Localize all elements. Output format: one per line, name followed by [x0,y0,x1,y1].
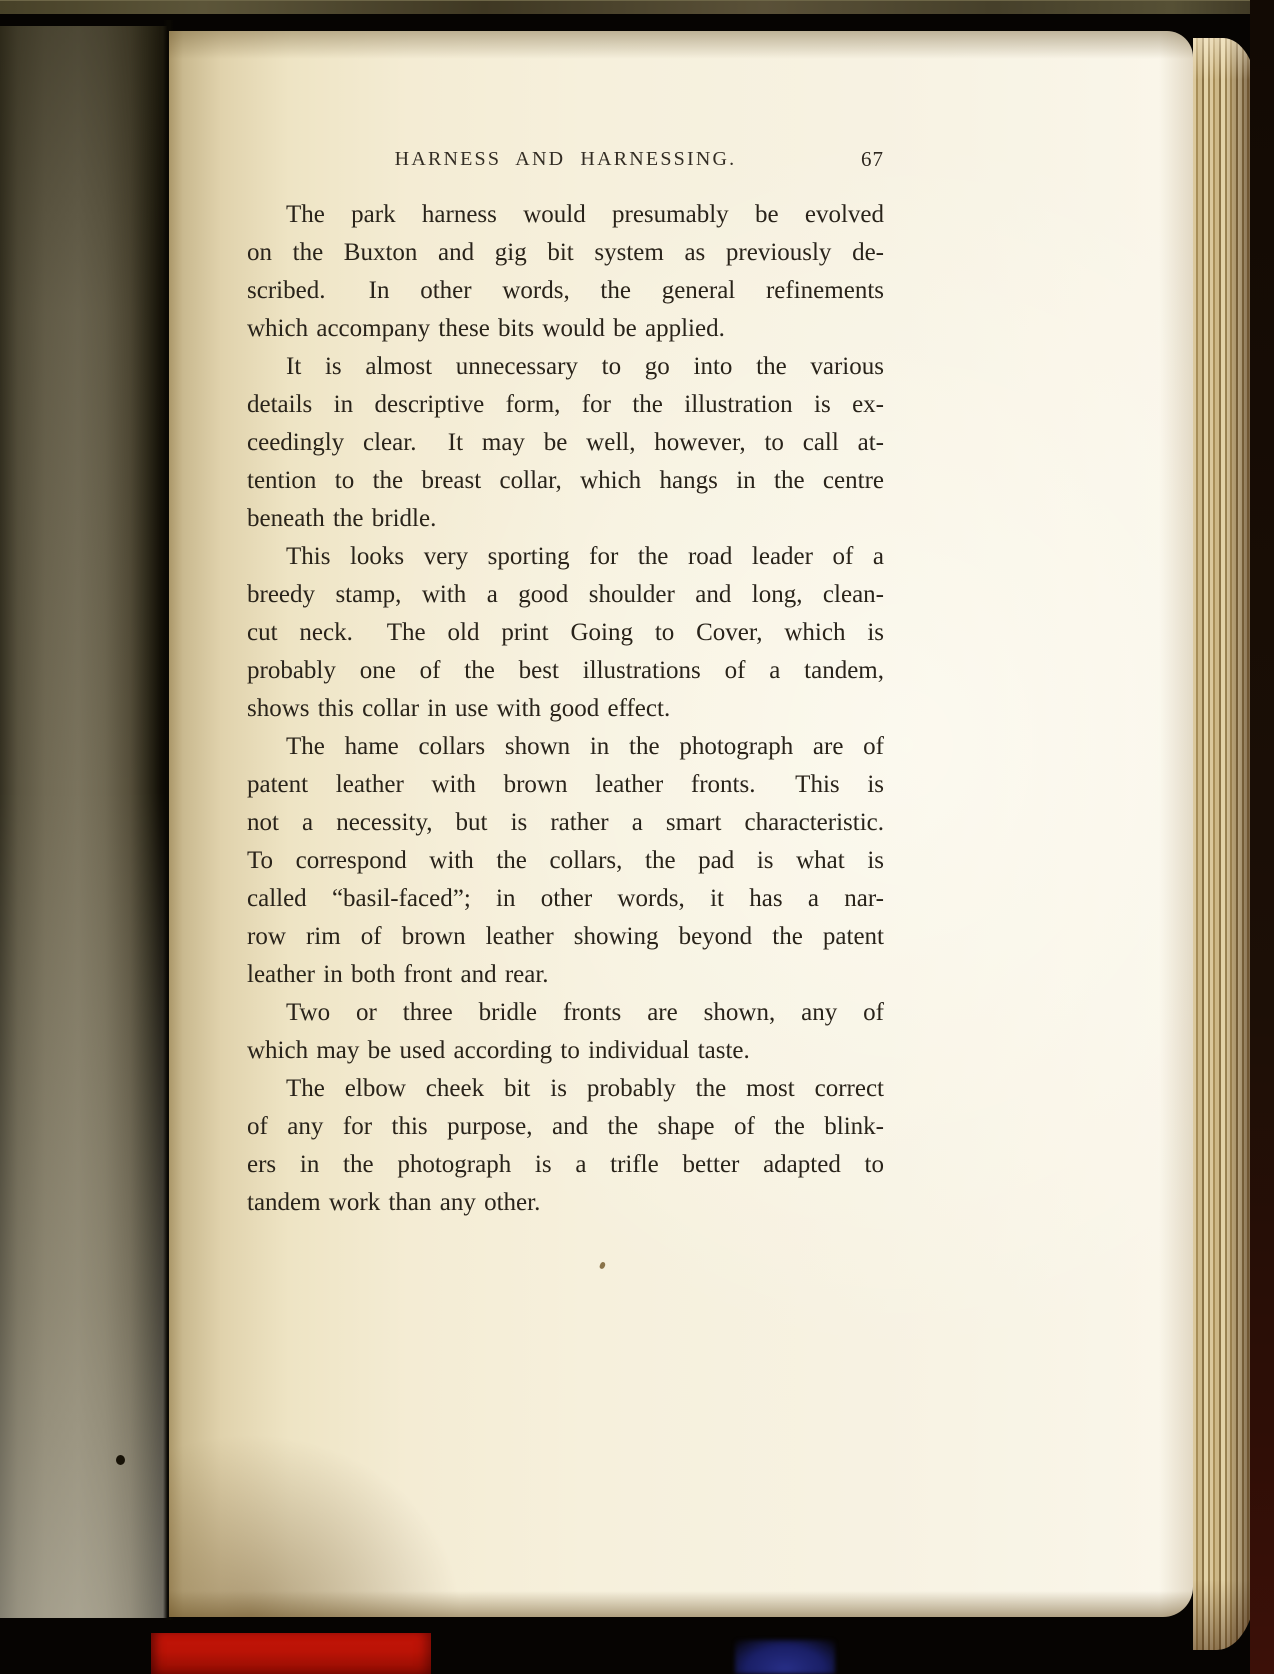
ink-speck [116,1455,125,1465]
book-cover-top-edge [0,0,1274,14]
text-line: scribed. In other words, the general ref… [247,272,884,310]
paragraph: Two or three bridle fronts are shown, an… [247,994,884,1070]
text-line: The park harness would presumably be evo… [247,196,884,234]
text-block: The park harness would presumably be evo… [247,196,884,1222]
blue-mark [735,1640,835,1674]
running-head: HARNESS AND HARNESSING. [247,148,884,171]
text-line: beneath the bridle. [247,500,884,538]
text-line: on the Buxton and gig bit system as prev… [247,234,884,272]
text-line: This looks very sporting for the road le… [247,538,884,576]
text-line: It is almost unnecessary to go into the … [247,348,884,386]
paragraph: The park harness would presumably be evo… [247,196,884,348]
text-line: ers in the photograph is a trifle better… [247,1146,884,1184]
text-line: tandem work than any other. [247,1184,884,1222]
right-margin-shadow [1250,0,1274,1674]
paragraph: This looks very sporting for the road le… [247,538,884,728]
book-page: HARNESS AND HARNESSING. 67 The park harn… [169,31,1193,1617]
facing-page-curl [0,26,170,1618]
book-scan: HARNESS AND HARNESSING. 67 The park harn… [0,0,1274,1674]
text-line: Two or three bridle fronts are shown, an… [247,994,884,1032]
text-line: called “basil-faced”; in other words, it… [247,880,884,918]
text-line: cut neck. The old print Going to Cover, … [247,614,884,652]
text-line: The hame collars shown in the photograph… [247,728,884,766]
page-header: HARNESS AND HARNESSING. 67 [247,148,884,178]
ink-speck [599,1261,606,1269]
text-line: patent leather with brown leather fronts… [247,766,884,804]
text-line: ceedingly clear. It may be well, however… [247,424,884,462]
text-line: row rim of brown leather showing beyond … [247,918,884,956]
text-line: shows this collar in use with good effec… [247,690,884,728]
page-edge-stack [1193,38,1257,1650]
red-cloth-mark [151,1633,431,1674]
text-line: breedy stamp, with a good shoulder and l… [247,576,884,614]
text-line: probably one of the best illustrations o… [247,652,884,690]
text-line: To correspond with the collars, the pad … [247,842,884,880]
text-line: of any for this purpose, and the shape o… [247,1108,884,1146]
text-line: leather in both front and rear. [247,956,884,994]
page-number: 67 [861,147,884,172]
text-line: which may be used according to individua… [247,1032,884,1070]
text-line: The elbow cheek bit is probably the most… [247,1070,884,1108]
text-line: which accompany these bits would be appl… [247,310,884,348]
paragraph: The elbow cheek bit is probably the most… [247,1070,884,1222]
paragraph: It is almost unnecessary to go into the … [247,348,884,538]
text-line: not a necessity, but is rather a smart c… [247,804,884,842]
paragraph: The hame collars shown in the photograph… [247,728,884,994]
text-line: tention to the breast collar, which hang… [247,462,884,500]
text-line: details in descriptive form, for the ill… [247,386,884,424]
